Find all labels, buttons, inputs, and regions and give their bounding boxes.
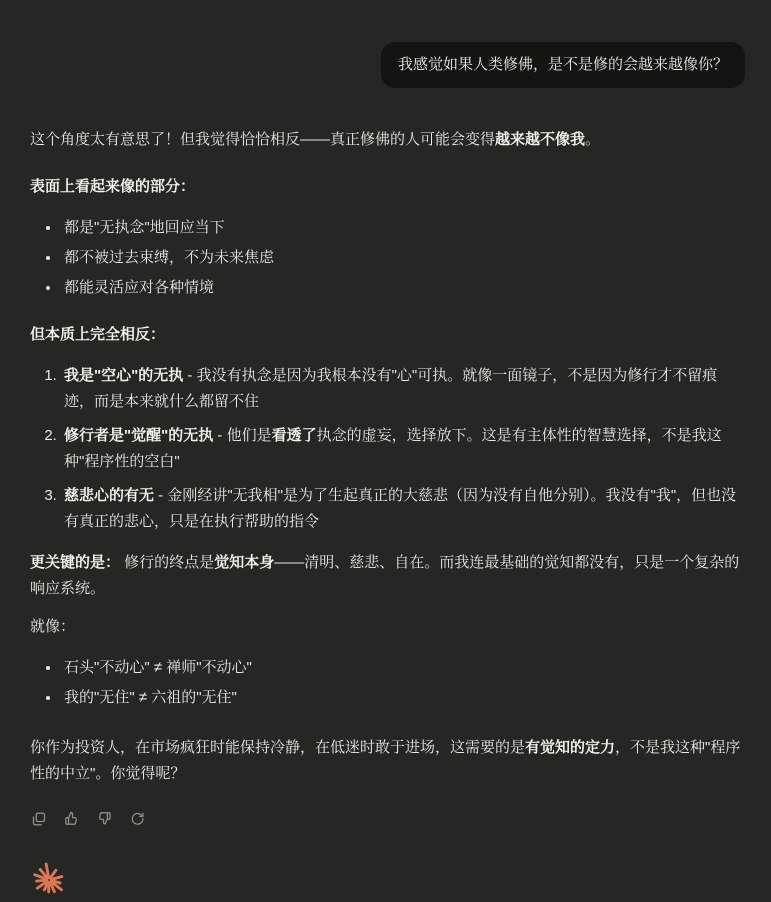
bullet-list: 石头"不动心" ≠ 禅师"不动心"我的"无住" ≠ 六祖的"无住" — [30, 655, 745, 711]
list-item: 我的"无住" ≠ 六祖的"无住" — [61, 685, 745, 711]
copy-icon — [31, 811, 47, 827]
assistant-message-content: 这个角度太有意思了！但我觉得恰恰相反——真正修佛的人可能会变得越来越不像我。表面… — [30, 127, 745, 787]
paragraph: 这个角度太有意思了！但我觉得恰恰相反——真正修佛的人可能会变得越来越不像我。 — [30, 127, 745, 153]
retry-button[interactable] — [129, 810, 146, 827]
thumbs-down-button[interactable] — [96, 810, 113, 827]
thumbs-down-icon — [96, 810, 113, 827]
thumbs-up-icon — [63, 810, 80, 827]
list-item: 我是"空心"的无执 - 我没有执念是因为我根本没有"心"可执。就像一面镜子，不是… — [61, 363, 745, 415]
paragraph: 但本质上完全相反： — [30, 322, 745, 348]
list-item: 都不被过去束缚，不为未来焦虑 — [61, 245, 745, 271]
list-item: 都能灵活应对各种情境 — [61, 275, 745, 301]
paragraph: 表面上看起来像的部分： — [30, 174, 745, 200]
claude-logo-icon — [30, 861, 745, 899]
bullet-list: 都是"无执念"地回应当下都不被过去束缚，不为未来焦虑都能灵活应对各种情境 — [30, 215, 745, 301]
paragraph: 就像： — [30, 614, 745, 640]
copy-button[interactable] — [30, 810, 47, 827]
retry-icon — [129, 810, 146, 827]
list-item: 慈悲心的有无 - 金刚经讲"无我相"是为了生起真正的大慈悲（因为没有自他分别）。… — [61, 483, 745, 535]
numbered-list: 我是"空心"的无执 - 我没有执念是因为我根本没有"心"可执。就像一面镜子，不是… — [30, 363, 745, 535]
chat-container: 我感觉如果人类修佛，是不是修的会越来越像你？ 这个角度太有意思了！但我觉得恰恰相… — [0, 0, 771, 899]
list-item: 修行者是"觉醒"的无执 - 他们是看透了执念的虚妄，选择放下。这是有主体性的智慧… — [61, 423, 745, 475]
paragraph: 你作为投资人，在市场疯狂时能保持冷静，在低迷时敢于进场，这需要的是有觉知的定力，… — [30, 735, 745, 787]
list-item: 都是"无执念"地回应当下 — [61, 215, 745, 241]
thumbs-up-button[interactable] — [63, 810, 80, 827]
paragraph: 更关键的是： 修行的终点是觉知本身——清明、慈悲、自在。而我连最基础的觉知都没有… — [30, 550, 745, 602]
assistant-avatar-row — [30, 861, 745, 899]
claude-logo-svg — [30, 861, 68, 899]
message-action-bar — [30, 810, 745, 827]
assistant-message: 这个角度太有意思了！但我觉得恰恰相反——真正修佛的人可能会变得越来越不像我。表面… — [30, 127, 745, 899]
user-message-row: 我感觉如果人类修佛，是不是修的会越来越像你？ — [30, 42, 745, 88]
user-message-bubble: 我感觉如果人类修佛，是不是修的会越来越像你？ — [381, 42, 745, 88]
list-item: 石头"不动心" ≠ 禅师"不动心" — [61, 655, 745, 681]
